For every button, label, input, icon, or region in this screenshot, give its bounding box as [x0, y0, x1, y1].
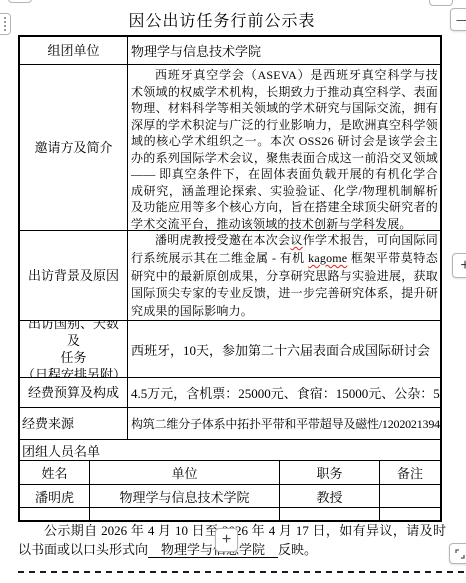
background-text-pre: 潘明虎教授受邀在本次会 — [155, 233, 290, 247]
partial-button-top-left[interactable] — [8, 0, 32, 3]
zoom-out-button[interactable]: — — [450, 8, 466, 31]
roster-row-2 — [20, 507, 440, 520]
destination-label-line2: 任务 — [22, 349, 125, 366]
page-break-dashed-line — [18, 571, 466, 573]
row-budget: 经费预算及构成 4.5万元，含机票：25000元、食宿：15000元、公杂：50… — [20, 377, 440, 407]
spellcheck-squiggle-1: 议 — [290, 233, 302, 247]
background-value: 潘明虎教授受邀在本次会议作学术报告，可向国际同行系统展示其在二维金属 - 有机 … — [128, 231, 440, 320]
row-funding-source: 经费来源 构筑二维分子体系中拓扑平带和平带超导及磁性/1202021394 — [20, 407, 440, 439]
roster-header-position: 职务 — [280, 461, 380, 484]
funding-label: 经费来源 — [20, 408, 128, 439]
insert-content-button[interactable]: + — [215, 528, 238, 552]
roster-header-row: 姓名 单位 职务 备注 — [20, 460, 440, 484]
roster-cell-position-empty — [280, 508, 380, 520]
organizing-unit-label: 组团单位 — [20, 37, 128, 64]
row-inviter-intro: 邀请方及简介 西班牙真空学会（ASEVA）是西班牙真空科学与技术领域的权威学术机… — [20, 64, 440, 230]
fullscreen-button[interactable] — [449, 543, 466, 564]
row-visit-background: 出访背景及原因 潘明虎教授受邀在本次会议作学术报告，可向国际同行系统展示其在二维… — [20, 230, 440, 320]
roster-cell-position: 教授 — [280, 485, 380, 507]
zoom-in-button[interactable]: + — [452, 253, 466, 278]
destination-label: 出访国别、天数及 任务 （日程安排另附） — [20, 321, 128, 377]
destination-value: 西班牙，10天，参加第二十六届表面合成国际研讨会 — [128, 321, 440, 377]
background-label: 出访背景及原因 — [20, 231, 128, 320]
notice-form-table: 组团单位 物理学与信息技术学院 邀请方及简介 西班牙真空学会（ASEVA）是西班… — [18, 35, 442, 522]
roster-cell-unit: 物理学与信息技术学院 — [90, 485, 280, 507]
roster-cell-name: 潘明虎 — [20, 485, 90, 507]
row-organizing-unit: 组团单位 物理学与信息技术学院 — [20, 37, 440, 64]
spellcheck-squiggle-2: kagome — [308, 251, 347, 265]
roster-cell-name-empty — [20, 508, 90, 520]
fullscreen-icon — [455, 549, 465, 559]
roster-row-1: 潘明虎 物理学与信息技术学院 教授 — [20, 484, 440, 507]
destination-label-line1: 出访国别、天数及 — [22, 321, 125, 349]
partial-button-top-right[interactable] — [429, 0, 453, 6]
roster-cell-remarks-empty — [380, 508, 440, 520]
inviter-value: 西班牙真空学会（ASEVA）是西班牙真空科学与技术领域的权威学术机构，长期致力于… — [128, 65, 440, 230]
roster-cell-unit-empty — [90, 508, 280, 520]
roster-header-name: 姓名 — [20, 461, 90, 484]
inviter-label: 邀请方及简介 — [20, 65, 128, 230]
notice-underlined-unit: 物理学与信息学院 — [148, 542, 278, 557]
roster-section-title: 团组人员名单 — [20, 440, 440, 460]
page-title: 因公出访任务行前公示表 — [0, 8, 444, 31]
minus-icon: — — [457, 12, 466, 27]
organizing-unit-value: 物理学与信息技术学院 — [128, 37, 440, 64]
plus-icon: + — [460, 257, 466, 275]
row-destination: 出访国别、天数及 任务 （日程安排另附） 西班牙，10天，参加第二十六届表面合成… — [20, 320, 440, 377]
destination-label-line3: （日程安排另附） — [22, 366, 125, 377]
drag-handle-button[interactable] — [0, 13, 11, 35]
insert-plus-icon: + — [222, 531, 231, 549]
document-page: — + 因公出访任务行前公示表 组团单位 物理学与信息技术学院 邀请方及简介 西… — [0, 0, 466, 583]
roster-header-remarks: 备注 — [380, 461, 440, 484]
drag-handle-icon — [4, 17, 6, 31]
budget-value: 4.5万元，含机票：25000元、食宿：15000元、公杂：5000元 — [128, 378, 440, 407]
budget-label: 经费预算及构成 — [20, 378, 128, 407]
roster-header-unit: 单位 — [90, 461, 280, 484]
row-roster-section: 团组人员名单 — [20, 439, 440, 460]
roster-cell-remarks — [380, 485, 440, 507]
funding-value: 构筑二维分子体系中拓扑平带和平带超导及磁性/1202021394 — [128, 408, 440, 439]
notice-text-part2: 反映。 — [278, 542, 317, 557]
